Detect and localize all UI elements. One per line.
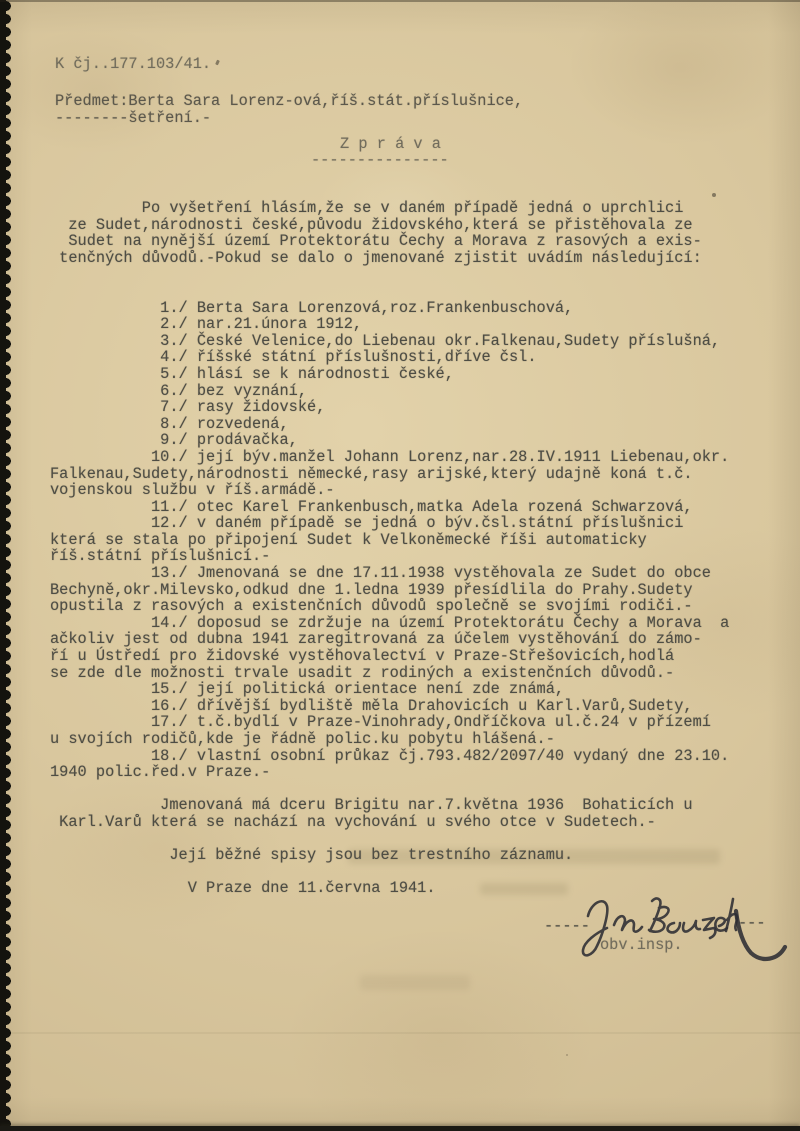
reference-number: K čj..177.103/41. bbox=[55, 56, 211, 73]
ink-speck bbox=[566, 1054, 568, 1056]
signer-role: obv.insp. bbox=[600, 937, 683, 954]
scanned-report-page: K čj..177.103/41. Předmet:Berta Sara Lor… bbox=[0, 0, 800, 1131]
scan-edge-top bbox=[0, 0, 800, 2]
ink-speck bbox=[712, 193, 716, 197]
signature-ink bbox=[538, 883, 790, 975]
scan-edge-left bbox=[0, 0, 15, 1131]
title-underline: --------------- bbox=[311, 152, 449, 168]
scan-edge-bottom bbox=[0, 1126, 800, 1131]
paper-crease bbox=[0, 1032, 800, 1034]
ink-speck bbox=[215, 60, 220, 66]
ink-smudge bbox=[360, 975, 470, 990]
subject-line: Předmet:Berta Sara Lorenz-ová,říš.stát.p… bbox=[55, 93, 523, 127]
report-body-text: Po vyšetření hlásím,že se v daném případ… bbox=[50, 200, 729, 897]
